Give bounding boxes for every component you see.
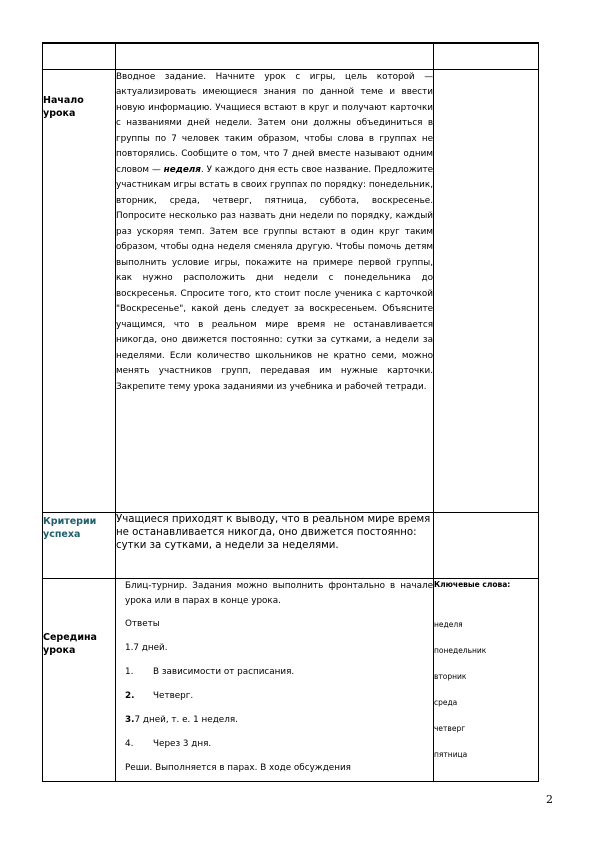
keywords-list: неделяпонедельниквторниксредачетвергпятн… — [434, 619, 538, 645]
keyword-item: неделя — [434, 619, 538, 645]
answer-text: 7 дней, т. е. 1 неделя. — [134, 715, 237, 725]
document-page: Начало урока Вводное задание. Начните ур… — [0, 0, 595, 842]
notes-cell-criteria — [434, 512, 539, 578]
answer-number: 2. — [125, 689, 153, 704]
answers-list: 1.7 дней.1.В зависимости от расписания.2… — [116, 641, 433, 752]
stage-label-criteria: Критерии успеха — [43, 512, 116, 578]
table-row-lesson-start: Начало урока Вводное задание. Начните ур… — [43, 69, 539, 512]
keyword-item: четверг — [434, 723, 538, 749]
answer-item: 3.7 дней, т. е. 1 неделя. — [116, 713, 433, 728]
keyword-item: вторник — [434, 671, 538, 697]
page-number: 2 — [546, 793, 553, 806]
answer-item: 1.7 дней. — [116, 641, 433, 656]
table-header-row — [43, 43, 539, 69]
stage-label-middle: Середина урока — [43, 578, 116, 781]
keywords-cell: Ключевые слова: неделяпонедельниквторник… — [434, 578, 539, 781]
answer-text: Четверг. — [153, 691, 193, 701]
answer-text: В зависимости от расписания. — [153, 667, 294, 677]
answers-title: Ответы — [116, 617, 433, 632]
answer-text: 7 дней. — [133, 643, 167, 653]
table-row-lesson-middle: Середина урока Блиц-турнир. Задания можн… — [43, 578, 539, 781]
table-row-success-criteria: Критерии успеха Учащиеся приходят к выво… — [43, 512, 539, 578]
intro-text: Вводное задание. Начните урок с игры, це… — [116, 72, 433, 175]
keyword-item: понедельник — [434, 645, 538, 671]
keyword-item: пятница — [434, 749, 538, 775]
keyword-item: среда — [434, 697, 538, 723]
header-cell-notes — [434, 43, 539, 69]
notes-cell-start — [434, 69, 539, 512]
stage-label-start: Начало урока — [43, 69, 116, 512]
lesson-middle-content: Блиц-турнир. Задания можно выполнить фро… — [116, 578, 434, 781]
success-criteria-text: Учащиеся приходят к выводу, что в реальн… — [116, 512, 434, 578]
answer-item: 2.Четверг. — [116, 689, 433, 704]
answer-item: 4.Через 3 дня. — [116, 737, 433, 752]
blitz-intro: Блиц-турнир. Задания можно выполнить фро… — [116, 579, 433, 609]
answer-text: Через 3 дня. — [153, 739, 211, 749]
answer-number: 4. — [125, 737, 153, 752]
lesson-start-content: Вводное задание. Начните урок с игры, це… — [116, 69, 434, 512]
header-cell-stage — [43, 43, 116, 69]
answer-item: 1.В зависимости от расписания. — [116, 665, 433, 680]
keyword-week: неделя — [164, 165, 201, 175]
keywords-title: Ключевые слова: — [434, 579, 538, 619]
answer-number: 1. — [125, 665, 153, 680]
intro-text-cont: . У каждого дня есть свое название. Пред… — [116, 165, 433, 392]
header-cell-content — [116, 43, 434, 69]
solve-text: Реши. Выполняется в парах. В ходе обсужд… — [116, 761, 433, 776]
lesson-plan-table: Начало урока Вводное задание. Начните ур… — [42, 42, 539, 782]
